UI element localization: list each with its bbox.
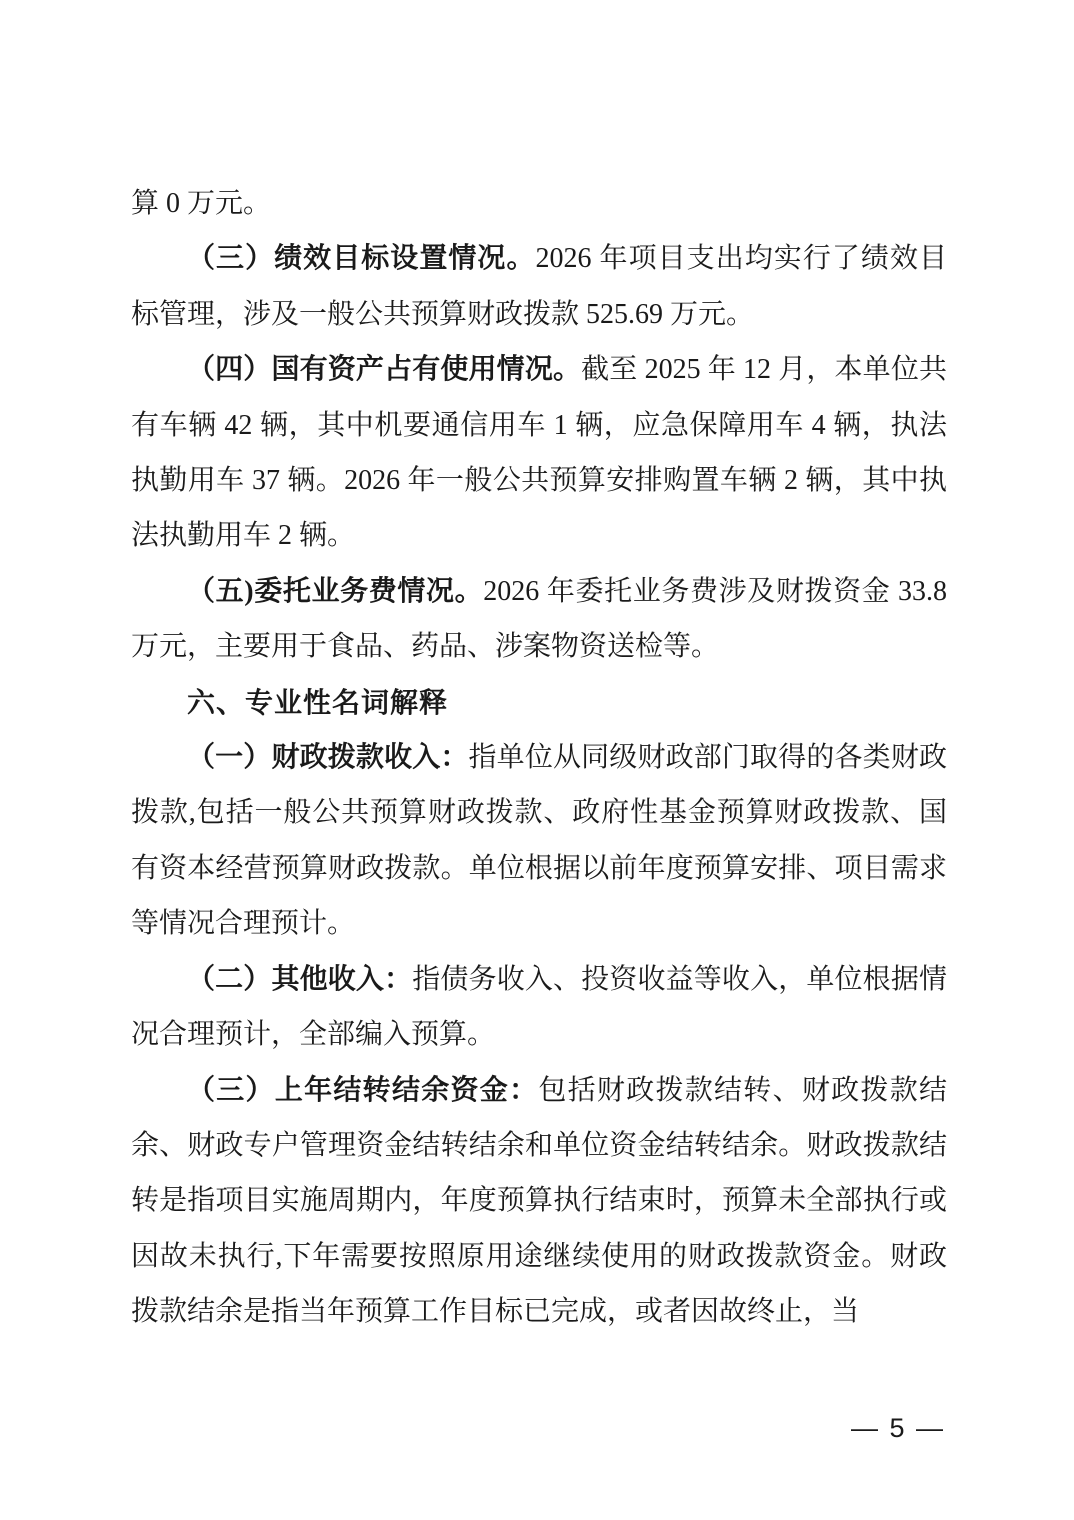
paragraph-lead: （五)委托业务费情况。 bbox=[187, 576, 483, 607]
section-heading: 六、专业性名词解释 bbox=[131, 675, 947, 730]
paragraph-definition-fiscal-appropriation-income: （一）财政拨款收入：指单位从同级财政部门取得的各类财政拨款,包括一般公共预算财政… bbox=[131, 730, 947, 952]
paragraph-text: 算 0 万元。 bbox=[131, 188, 271, 219]
paragraph-lead: （三）绩效目标设置情况。 bbox=[187, 243, 536, 274]
paragraph-lead: （四）国有资产占有使用情况。 bbox=[187, 354, 581, 385]
document-body: 算 0 万元。 （三）绩效目标设置情况。2026 年项目支出均实行了绩效目标管理… bbox=[131, 176, 947, 1340]
paragraph-definition-carryover-funds: （三）上年结转结余资金：包括财政拨款结转、财政拨款结余、财政专户管理资金结转结余… bbox=[131, 1063, 947, 1340]
paragraph-performance-targets: （三）绩效目标设置情况。2026 年项目支出均实行了绩效目标管理，涉及一般公共预… bbox=[131, 231, 947, 342]
paragraph-lead: （一）财政拨款收入： bbox=[187, 742, 469, 773]
document-page: 算 0 万元。 （三）绩效目标设置情况。2026 年项目支出均实行了绩效目标管理… bbox=[0, 0, 1074, 1520]
section-heading-text: 六、专业性名词解释 bbox=[187, 687, 448, 718]
paragraph-text: 包括财政拨款结转、财政拨款结余、财政专户管理资金结转结余和单位资金结转结余。财政… bbox=[131, 1075, 947, 1328]
paragraph-lead: （三）上年结转结余资金： bbox=[187, 1075, 538, 1106]
paragraph-entrusted-business-fees: （五)委托业务费情况。2026 年委托业务费涉及财拨资金 33.8 万元，主要用… bbox=[131, 564, 947, 675]
paragraph-state-assets: （四）国有资产占有使用情况。截至 2025 年 12 月，本单位共有车辆 42 … bbox=[131, 342, 947, 564]
paragraph-definition-other-income: （二）其他收入：指债务收入、投资收益等收入，单位根据情况合理预计，全部编入预算。 bbox=[131, 952, 947, 1063]
paragraph-continuation: 算 0 万元。 bbox=[131, 176, 947, 231]
paragraph-lead: （二）其他收入： bbox=[187, 964, 412, 995]
page-number: — 5 — bbox=[851, 1410, 945, 1446]
